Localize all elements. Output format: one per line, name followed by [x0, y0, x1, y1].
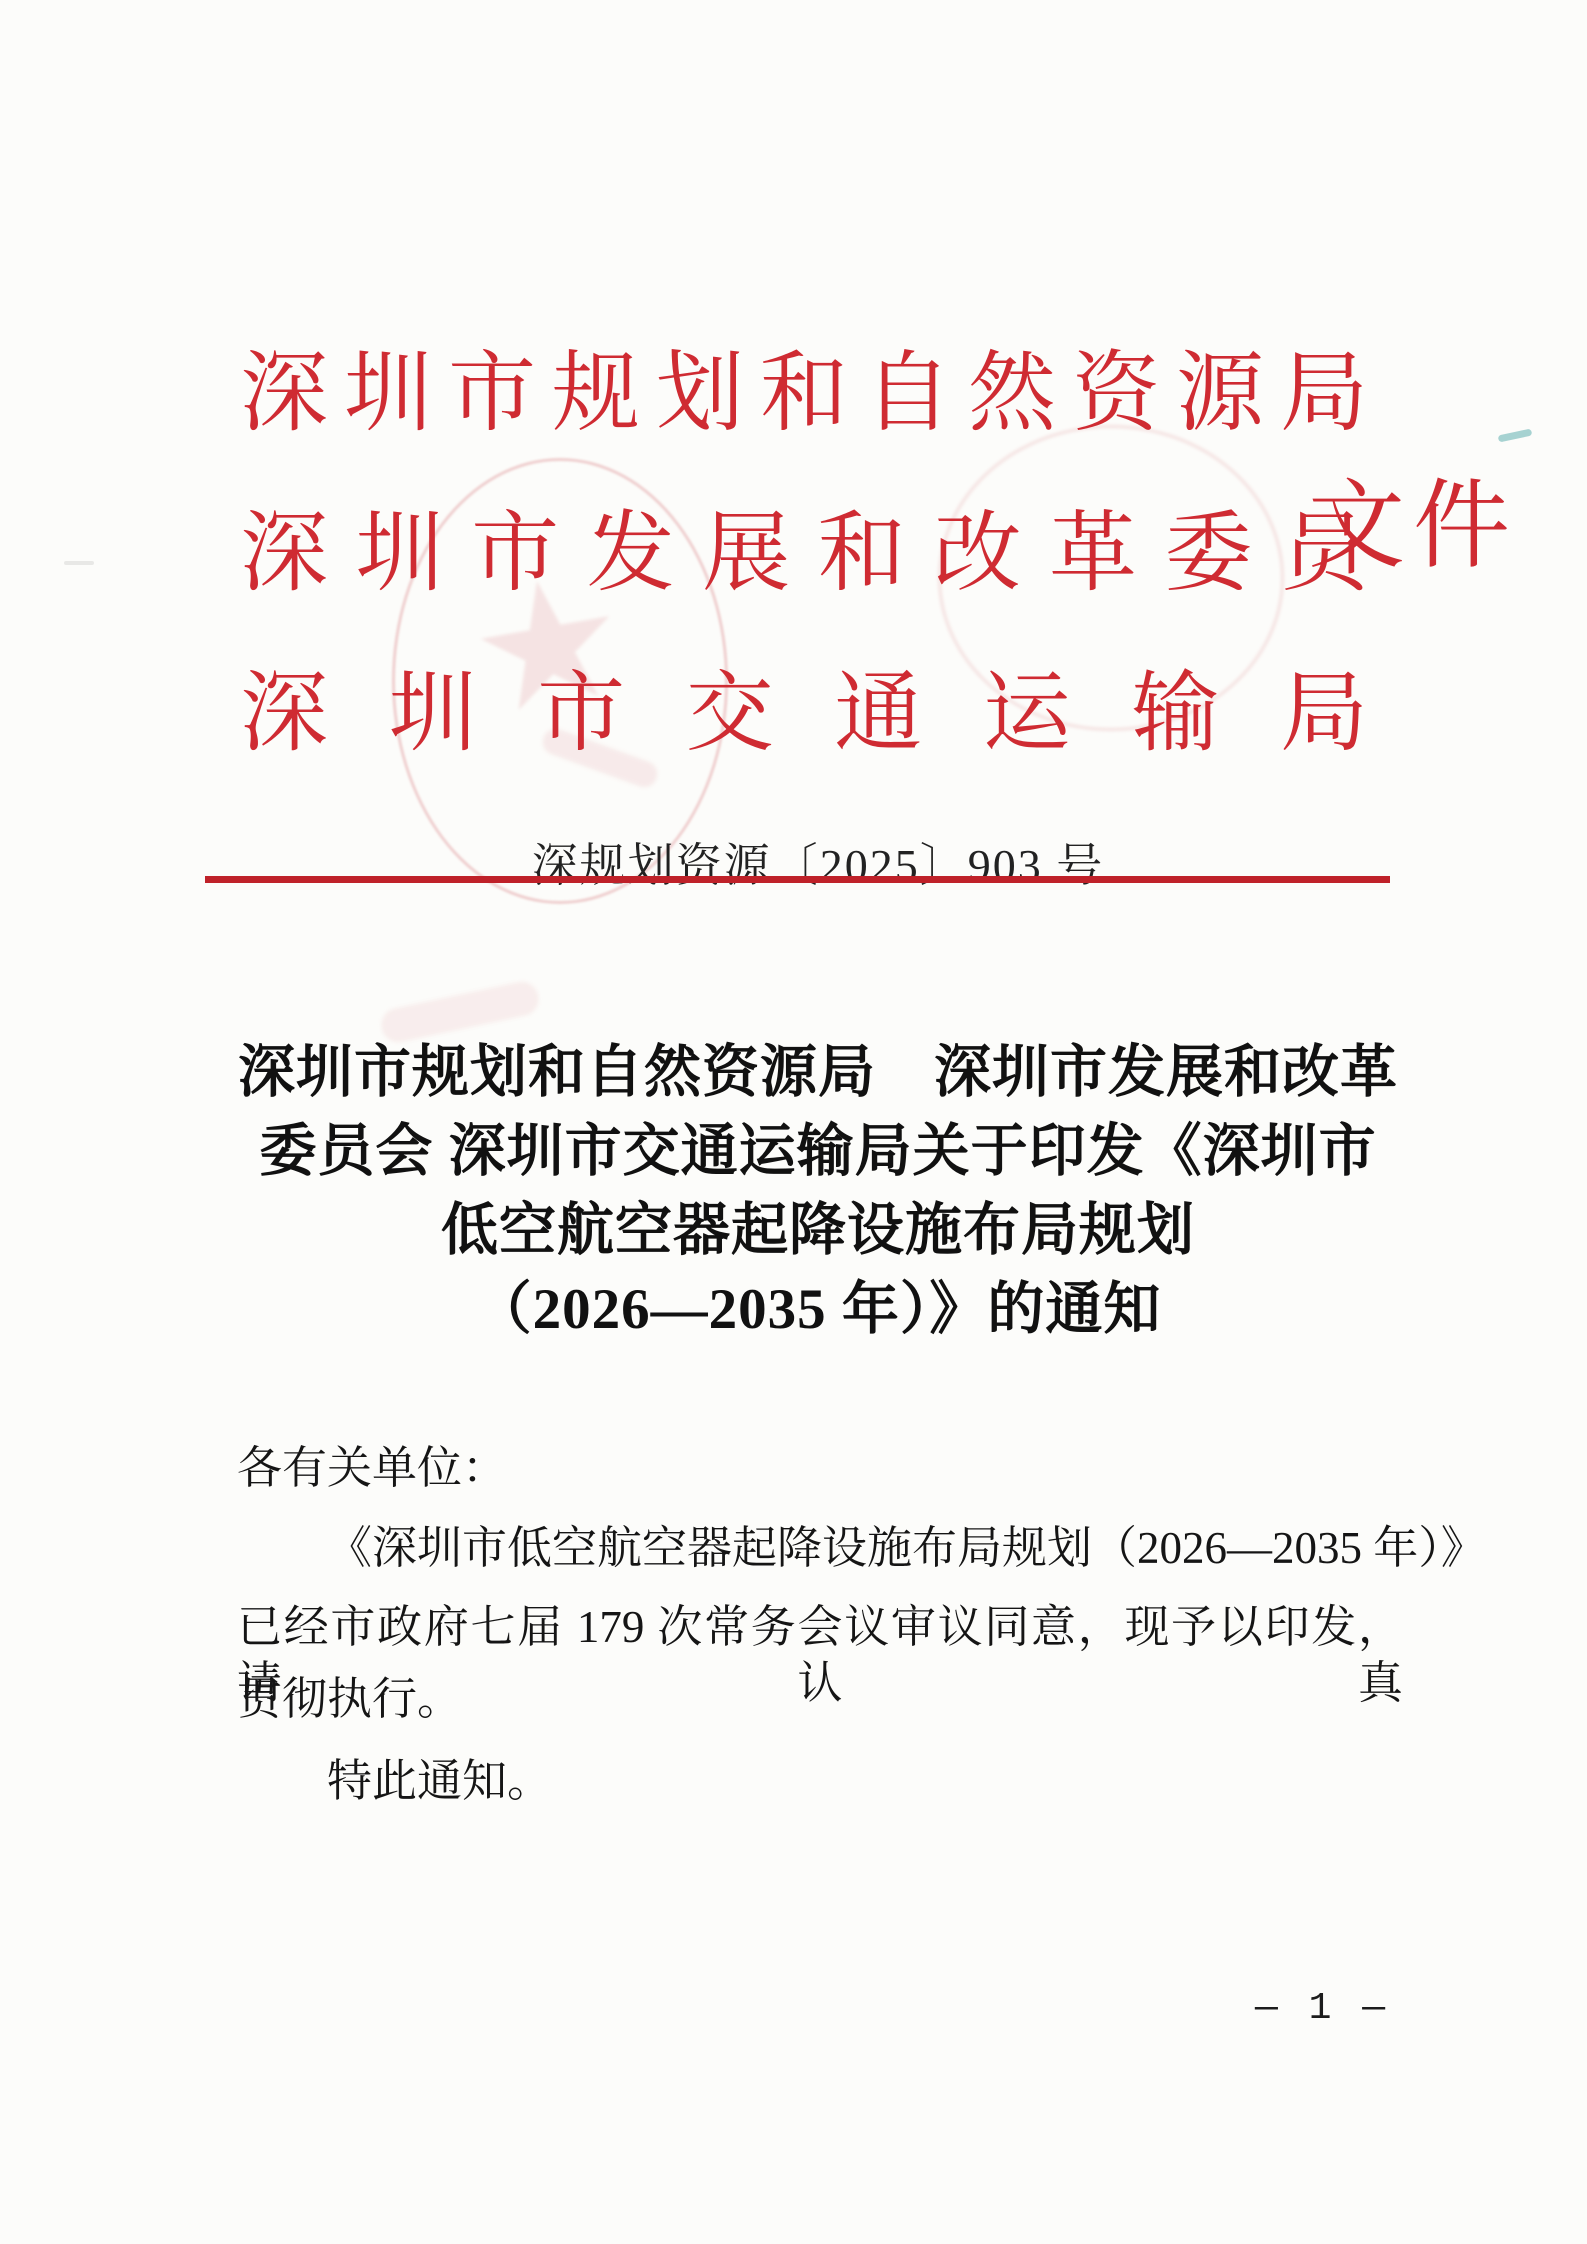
agency-line-1: 深圳市规划和自然资源局: [240, 315, 1368, 475]
agency-line-2: 深圳市发展和改革委员: [240, 475, 1368, 635]
agency-line-3: 深圳市交通运输局: [240, 635, 1368, 795]
scan-artifact-gray: [64, 561, 94, 565]
title-line-1: 深圳市规划和自然资源局 深圳市发展和改革: [233, 1033, 1403, 1112]
title-line-4: （2026—2035 年）》的通知: [233, 1270, 1403, 1349]
title-line-2: 委员会 深圳市交通运输局关于印发《深圳市: [233, 1112, 1403, 1191]
letterhead-agency-block: 深圳市规划和自然资源局 深圳市发展和改革委员 深圳市交通运输局: [240, 315, 1368, 795]
title-line-3: 低空航空器起降设施布局规划: [233, 1191, 1403, 1270]
scan-artifact-teal: [1498, 429, 1533, 443]
closing-line: 特此通知。: [237, 1753, 1493, 1809]
document-title: 深圳市规划和自然资源局 深圳市发展和改革 委员会 深圳市交通运输局关于印发《深圳…: [233, 1033, 1403, 1349]
page-number: — 1 —: [1252, 1989, 1392, 2029]
paragraph-line-1: 《深圳市低空航空器起降设施布局规划（2026—2035 年）》: [237, 1520, 1493, 1576]
document-type-label: 文件: [1308, 472, 1518, 582]
red-separator-rule: [205, 876, 1390, 883]
salutation: 各有关单位：: [237, 1440, 1403, 1496]
document-number: 深规划资源〔2025〕903 号: [233, 841, 1403, 891]
paragraph-line-3: 贯彻执行。: [237, 1671, 1403, 1727]
document-page: ★ 深圳市规划和自然资源局 深圳市发展和改革委员 深圳市交通运输局 文件 深规划…: [0, 0, 1587, 2244]
paragraph-line-2: 已经市政府七届 179 次常务会议审议同意，现予以印发，请认真: [237, 1599, 1403, 1655]
